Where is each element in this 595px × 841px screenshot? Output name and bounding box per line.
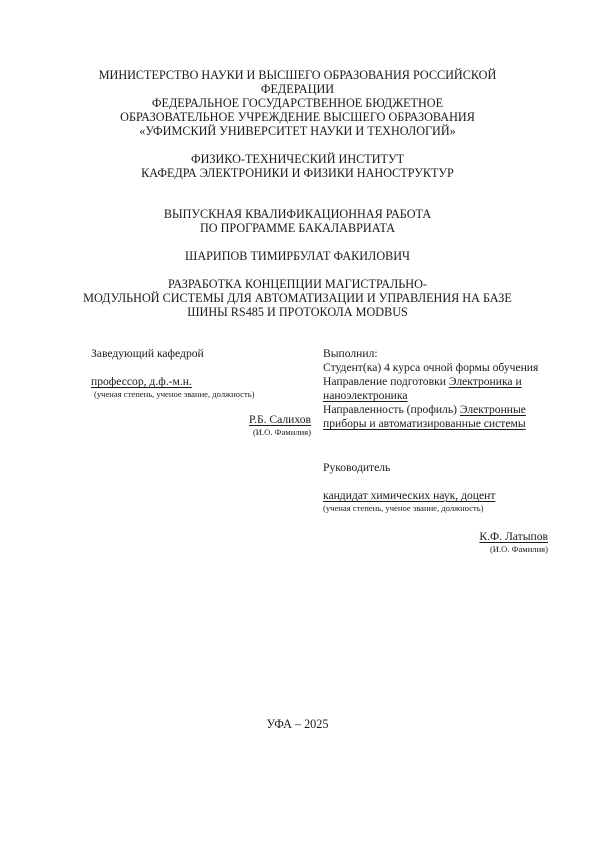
institution-line-2: ОБРАЗОВАТЕЛЬНОЕ УЧРЕЖДЕНИЕ ВЫСШЕГО ОБРАЗ… <box>0 111 595 125</box>
work-type-line-2: ПО ПРОГРАММЕ БАКАЛАВРИАТА <box>0 222 595 236</box>
direction-value: Электроника и <box>449 375 522 388</box>
profile-label: Направленность (профиль) <box>323 403 460 416</box>
title-line-1: РАЗРАБОТКА КОНЦЕПЦИИ МАГИСТРАЛЬНО- <box>0 278 595 292</box>
university-name: «УФИМСКИЙ УНИВЕРСИТЕТ НАУКИ И ТЕХНОЛОГИЙ… <box>0 125 595 139</box>
direction-line: Направление подготовки Электроника и <box>323 375 522 388</box>
ministry-line-1: МИНИСТЕРСТВО НАУКИ И ВЫСШЕГО ОБРАЗОВАНИЯ… <box>0 69 595 83</box>
supervisor-degree: кандидат химических наук, доцент <box>323 489 495 502</box>
head-of-department-label: Заведующий кафедрой <box>91 347 204 360</box>
title-line-2: МОДУЛЬНОЙ СИСТЕМЫ ДЛЯ АВТОМАТИЗАЦИИ И УП… <box>0 292 595 306</box>
supervisor-degree-hint: (ученая степень, ученое звание, должност… <box>323 503 484 513</box>
work-type-line-1: ВЫПУСКНАЯ КВАЛИФИКАЦИОННАЯ РАБОТА <box>0 208 595 222</box>
profile-value: Электронные <box>460 403 526 416</box>
institute-name: ФИЗИКО-ТЕХНИЧЕСКИЙ ИНСТИТУТ <box>0 153 595 167</box>
ministry-line-2: ФЕДЕРАЦИИ <box>0 83 595 97</box>
profile-value-cont: приборы и автоматизированные системы <box>323 417 526 430</box>
department-name: КАФЕДРА ЭЛЕКТРОНИКИ И ФИЗИКИ НАНОСТРУКТУ… <box>0 167 595 181</box>
head-degree-hint: (ученая степень, ученое звание, должност… <box>94 389 255 399</box>
student-label: Выполнил: <box>323 347 378 360</box>
head-name: Р.Б. Салихов <box>249 413 311 426</box>
student-course: Студент(ка) 4 курса очной формы обучения <box>323 361 538 374</box>
supervisor-label: Руководитель <box>323 461 390 474</box>
direction-label: Направление подготовки <box>323 375 449 388</box>
city-year: УФА – 2025 <box>0 718 595 732</box>
author-name: ШАРИПОВ ТИМИРБУЛАТ ФАКИЛОВИЧ <box>0 250 595 264</box>
head-name-hint: (И.О. Фамилия) <box>253 427 311 437</box>
title-line-3: ШИНЫ RS485 И ПРОТОКОЛА MODBUS <box>0 306 595 320</box>
supervisor-name-hint: (И.О. Фамилия) <box>490 544 548 554</box>
head-degree: профессор, д.ф.-м.н. <box>91 375 192 388</box>
profile-line: Направленность (профиль) Электронные <box>323 403 526 416</box>
direction-value-cont: наноэлектроника <box>323 389 408 402</box>
supervisor-name: К.Ф. Латыпов <box>479 530 548 543</box>
institution-line-1: ФЕДЕРАЛЬНОЕ ГОСУДАРСТВЕННОЕ БЮДЖЕТНОЕ <box>0 97 595 111</box>
